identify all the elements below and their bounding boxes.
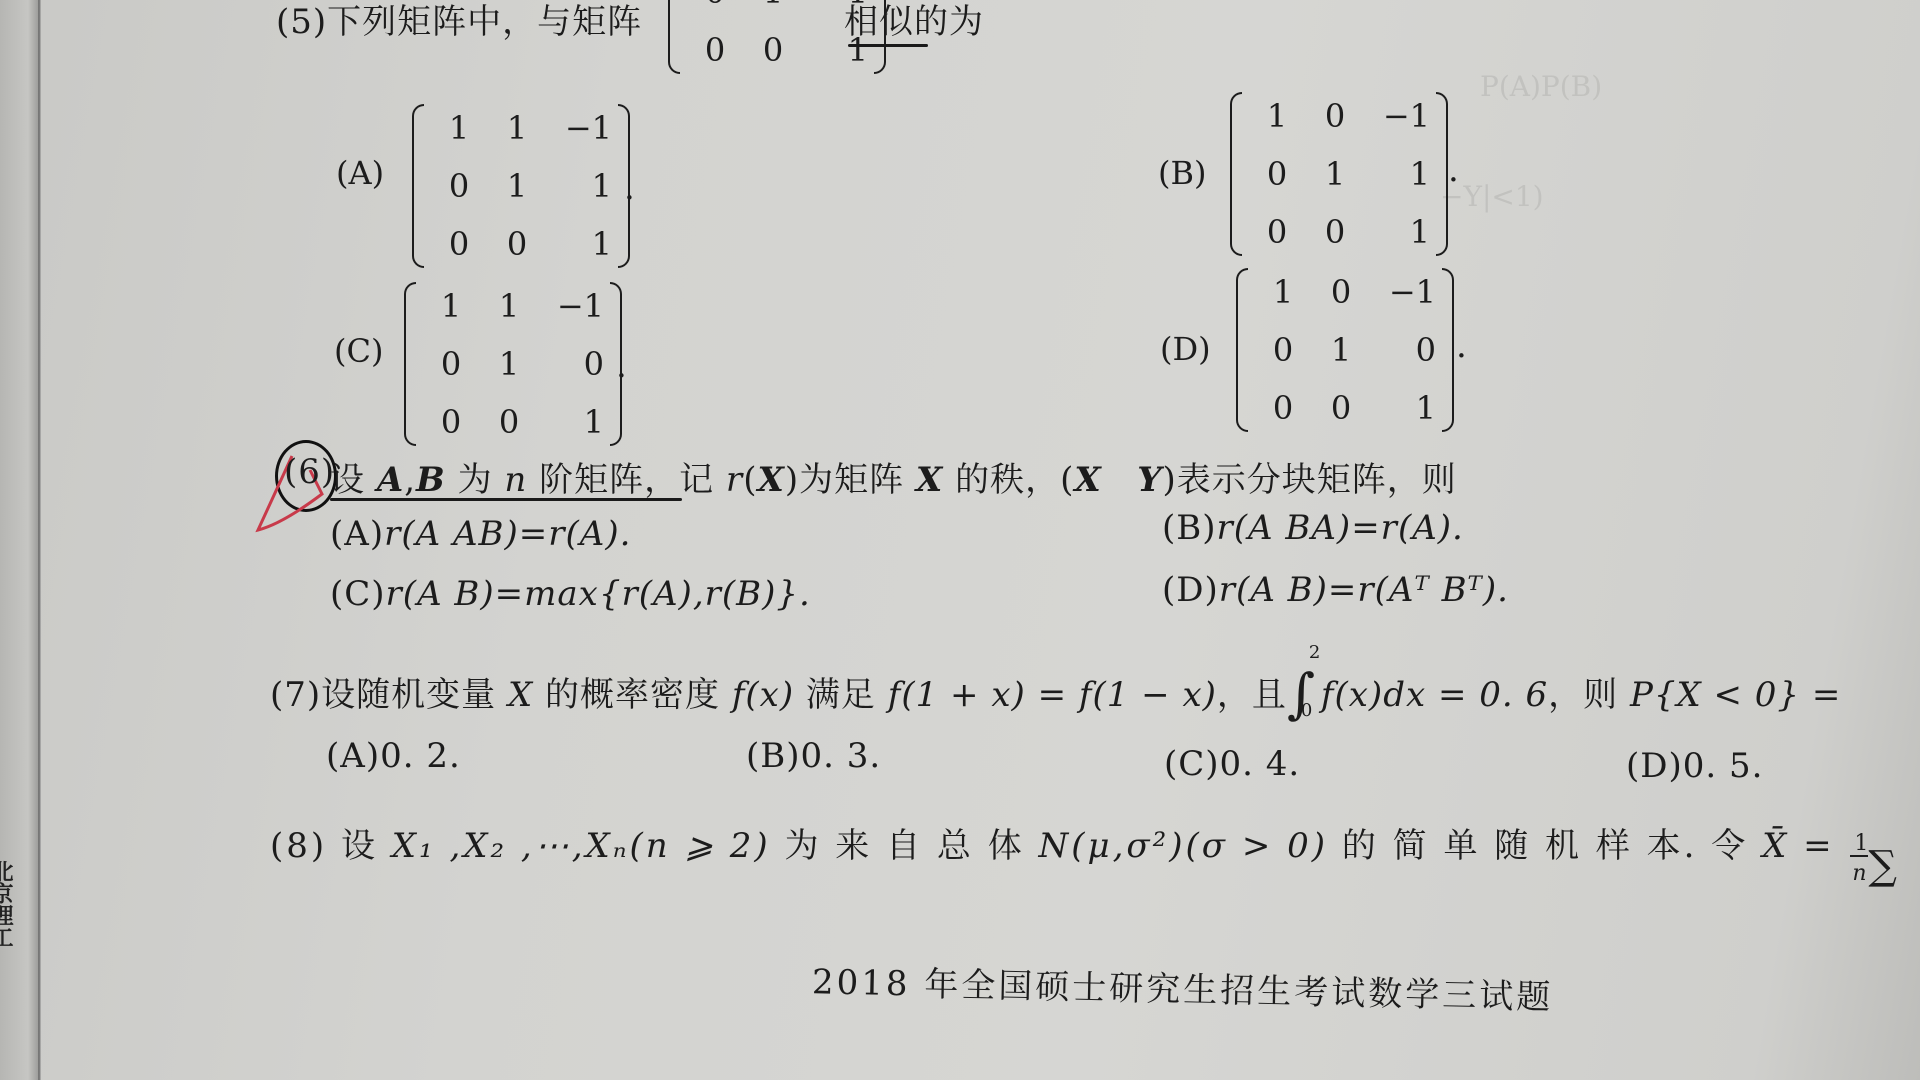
q5-option-b-matrix: 10−1011001: [1230, 92, 1448, 256]
hand-underline: [848, 44, 928, 47]
q5-option-c-label[interactable]: (C): [334, 332, 383, 370]
q7-option-d[interactable]: (D)0. 5.: [1626, 746, 1763, 786]
q7-option-b[interactable]: (B)0. 3.: [746, 736, 881, 776]
q7-option-a[interactable]: (A)0. 2.: [326, 736, 461, 776]
matrix-entry: 0: [1312, 270, 1370, 314]
matrix-entry: 0: [1248, 210, 1306, 254]
matrix-entry: 0: [430, 222, 488, 266]
q5-stem-suffix: 相似的为: [844, 0, 984, 43]
q8-stem: (8) 设 X₁ ,X₂ ,⋯,Xₙ(n ⩾ 2) 为 来 自 总 体 N(μ,…: [270, 818, 1888, 867]
page-fold-shadow: [38, 0, 41, 1080]
matrix-entry: 0: [422, 400, 480, 444]
matrix-entry: 1: [1254, 270, 1312, 314]
q5-option-d-matrix: 10−1010001: [1236, 268, 1454, 432]
q7-option-c[interactable]: (C)0. 4.: [1164, 744, 1300, 784]
hand-underline: [330, 498, 682, 501]
matrix-entry: 0: [480, 400, 538, 444]
matrix-entry: −1: [1364, 94, 1430, 138]
q5-option-a-label[interactable]: (A): [336, 154, 384, 192]
matrix-entry: 1: [488, 106, 546, 150]
matrix-entry: 0: [1254, 386, 1312, 430]
matrix-entry: 1: [1364, 210, 1430, 254]
book-spine: 北京理工: [0, 0, 40, 1080]
matrix-entry: 1: [480, 342, 538, 386]
matrix-entry: 0: [1306, 210, 1364, 254]
matrix-entry: 1: [430, 106, 488, 150]
matrix-entry: 1: [1370, 386, 1436, 430]
spine-label: 北京理工: [0, 860, 16, 1080]
matrix-entry: 0: [488, 222, 546, 266]
matrix-entry: 1: [538, 400, 604, 444]
matrix-entry: −1: [538, 284, 604, 328]
matrix-entry: 1: [480, 284, 538, 328]
matrix-entry: 1: [744, 0, 802, 14]
matrix-entry: −1: [546, 106, 612, 150]
matrix-entry: 0: [1248, 152, 1306, 196]
matrix-entry: 0: [744, 28, 802, 72]
page-footer-title: 2018 年全国硕士研究生招生考试数学三试题: [812, 954, 1554, 1019]
integral-sign: ∫20: [1287, 656, 1321, 719]
q6-stem: 设 A,B 为 n 阶矩阵，记 r(X)为矩阵 X 的秩，(X Y)表示分块矩阵…: [330, 452, 1457, 501]
matrix-entry: 1: [1306, 152, 1364, 196]
matrix-entry: 0: [538, 342, 604, 386]
matrix-entry: 0: [1254, 328, 1312, 372]
q5-option-d-label[interactable]: (D): [1160, 330, 1211, 368]
matrix-entry: 0: [1312, 386, 1370, 430]
matrix-entry: 0: [430, 164, 488, 208]
q6-option-d[interactable]: (D)r(A B)=r(Aᵀ Bᵀ).: [1162, 570, 1509, 610]
q5-stem-prefix: 下列矩阵中，与矩阵: [327, 2, 642, 42]
q5-number: (5): [276, 2, 327, 42]
matrix-entry: 1: [488, 164, 546, 208]
matrix-entry: 0: [1370, 328, 1436, 372]
q7-stem: (7)设随机变量 X 的概率密度 f(x) 满足 f(1 + x) = f(1 …: [270, 656, 1841, 719]
matrix-entry: 1: [546, 222, 612, 266]
bleed-through-text: P(A)P(B): [1480, 70, 1602, 103]
matrix-entry: 0: [686, 0, 744, 14]
q6-option-c[interactable]: (C)r(A B)=max{r(A),r(B)}.: [330, 574, 811, 614]
q5-option-a-matrix: 11−1011001: [412, 104, 630, 268]
matrix-entry: 1: [546, 164, 612, 208]
q6-number: (6): [284, 452, 335, 492]
matrix-entry: 1: [1248, 94, 1306, 138]
matrix-entry: 1: [1364, 152, 1430, 196]
q6-option-b[interactable]: (B)r(A BA)=r(A).: [1162, 508, 1464, 548]
q5-option-b-label[interactable]: (B): [1158, 154, 1206, 192]
matrix-entry: 1: [1312, 328, 1370, 372]
matrix-entry: 1: [422, 284, 480, 328]
q5-stem: (5)下列矩阵中，与矩阵: [276, 0, 642, 43]
matrix-entry: 0: [1306, 94, 1364, 138]
q6-option-a[interactable]: (A)r(A AB)=r(A).: [330, 514, 631, 554]
matrix-entry: −1: [1370, 270, 1436, 314]
q5-option-c-matrix: 11−1010001: [404, 282, 622, 446]
matrix-entry: 0: [686, 28, 744, 72]
matrix-entry: 0: [422, 342, 480, 386]
